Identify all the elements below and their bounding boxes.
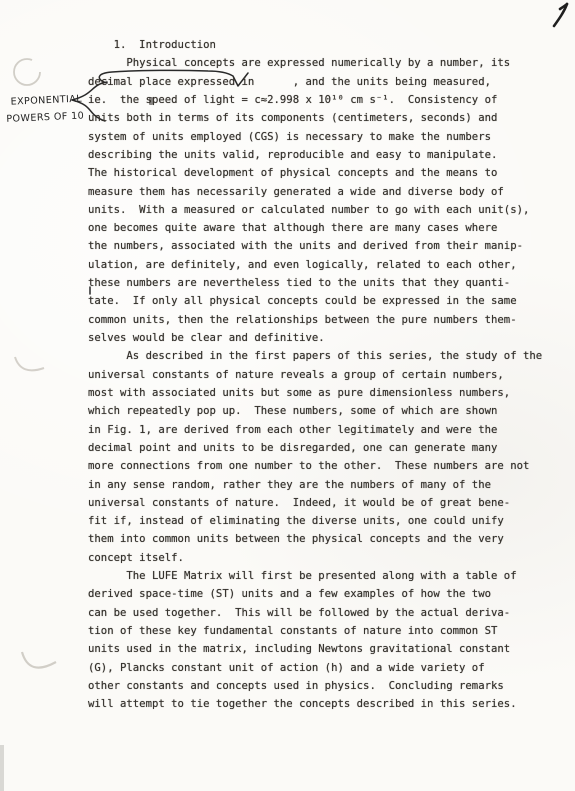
text-line: universal constants of nature. Indeed, i… [88,494,542,512]
text-line: Physical concepts are expressed numerica… [88,54,542,72]
text-line: ie. the speed of light = c≈2.998 x 10¹⁰ … [88,91,542,109]
text-line: The historical development of physical c… [88,164,542,182]
text-line: units used in the matrix, including Newt… [88,640,542,658]
text-line: will attempt to tie together the concept… [88,695,542,713]
text-line: derived space-time (ST) units and a few … [88,585,542,603]
text-line: ulation, are definitely, and even logica… [88,256,542,274]
text-line: fit if, instead of eliminating the diver… [88,512,542,530]
margin-note: EXPONENTIAL POWERS OF 10 [5,91,92,128]
document-page: EXPONENTIAL POWERS OF 10 1. Introduction… [0,0,575,791]
text-line: units both in terms of its components (c… [88,109,542,127]
text-line: As described in the first papers of this… [88,347,542,365]
text-line: these numbers are nevertheless tied to t… [88,274,542,292]
hole-punch-icon [15,357,44,370]
text-line: more connections from one number to the … [88,457,542,475]
text-line: units. With a measured or calculated num… [88,201,542,219]
text-line: in Fig. 1, are derived from each other l… [88,421,542,439]
text-line: tate. If only all physical concepts coul… [88,292,542,310]
text-line: can be used together. This will be follo… [88,604,542,622]
margin-note-line-2: POWERS OF 10 [6,108,93,128]
text-line: decimal point and units to be disregarde… [88,439,542,457]
document-body: 1. Introduction Physical concepts are ex… [88,36,542,714]
text-line: one becomes quite aware that although th… [88,219,542,237]
text-line: describing the units valid, reproducible… [88,146,542,164]
text-line: them into common units between the physi… [88,530,542,548]
text-line: the numbers, associated with the units a… [88,237,542,255]
scan-edge-artifact [0,745,4,791]
text-line: common units, then the relationships bet… [88,311,542,329]
text-line: measure them has necessarily generated a… [88,183,542,201]
text-line: in any sense random, rather they are the… [88,476,542,494]
text-line: most with associated units but some as p… [88,384,542,402]
text-line: other constants and concepts used in phy… [88,677,542,695]
text-line: (G), Plancks constant unit of action (h)… [88,659,542,677]
text-line: tion of these key fundamental constants … [88,622,542,640]
hole-punch-icon [22,652,56,668]
hole-punch-icon [14,59,40,85]
text-line: concept itself. [88,549,542,567]
text-line: selves would be clear and definitive. [88,329,542,347]
page-number-handwritten [554,4,567,26]
text-line: universal constants of nature reveals a … [88,366,542,384]
section-heading: 1. Introduction [88,36,542,54]
text-line: system of units employed (CGS) is necess… [88,128,542,146]
text-line: decimal place expressed in , and the uni… [88,73,542,91]
text-line: which repeatedly pop up. These numbers, … [88,402,542,420]
text-line: The LUFE Matrix will first be presented … [88,567,542,585]
